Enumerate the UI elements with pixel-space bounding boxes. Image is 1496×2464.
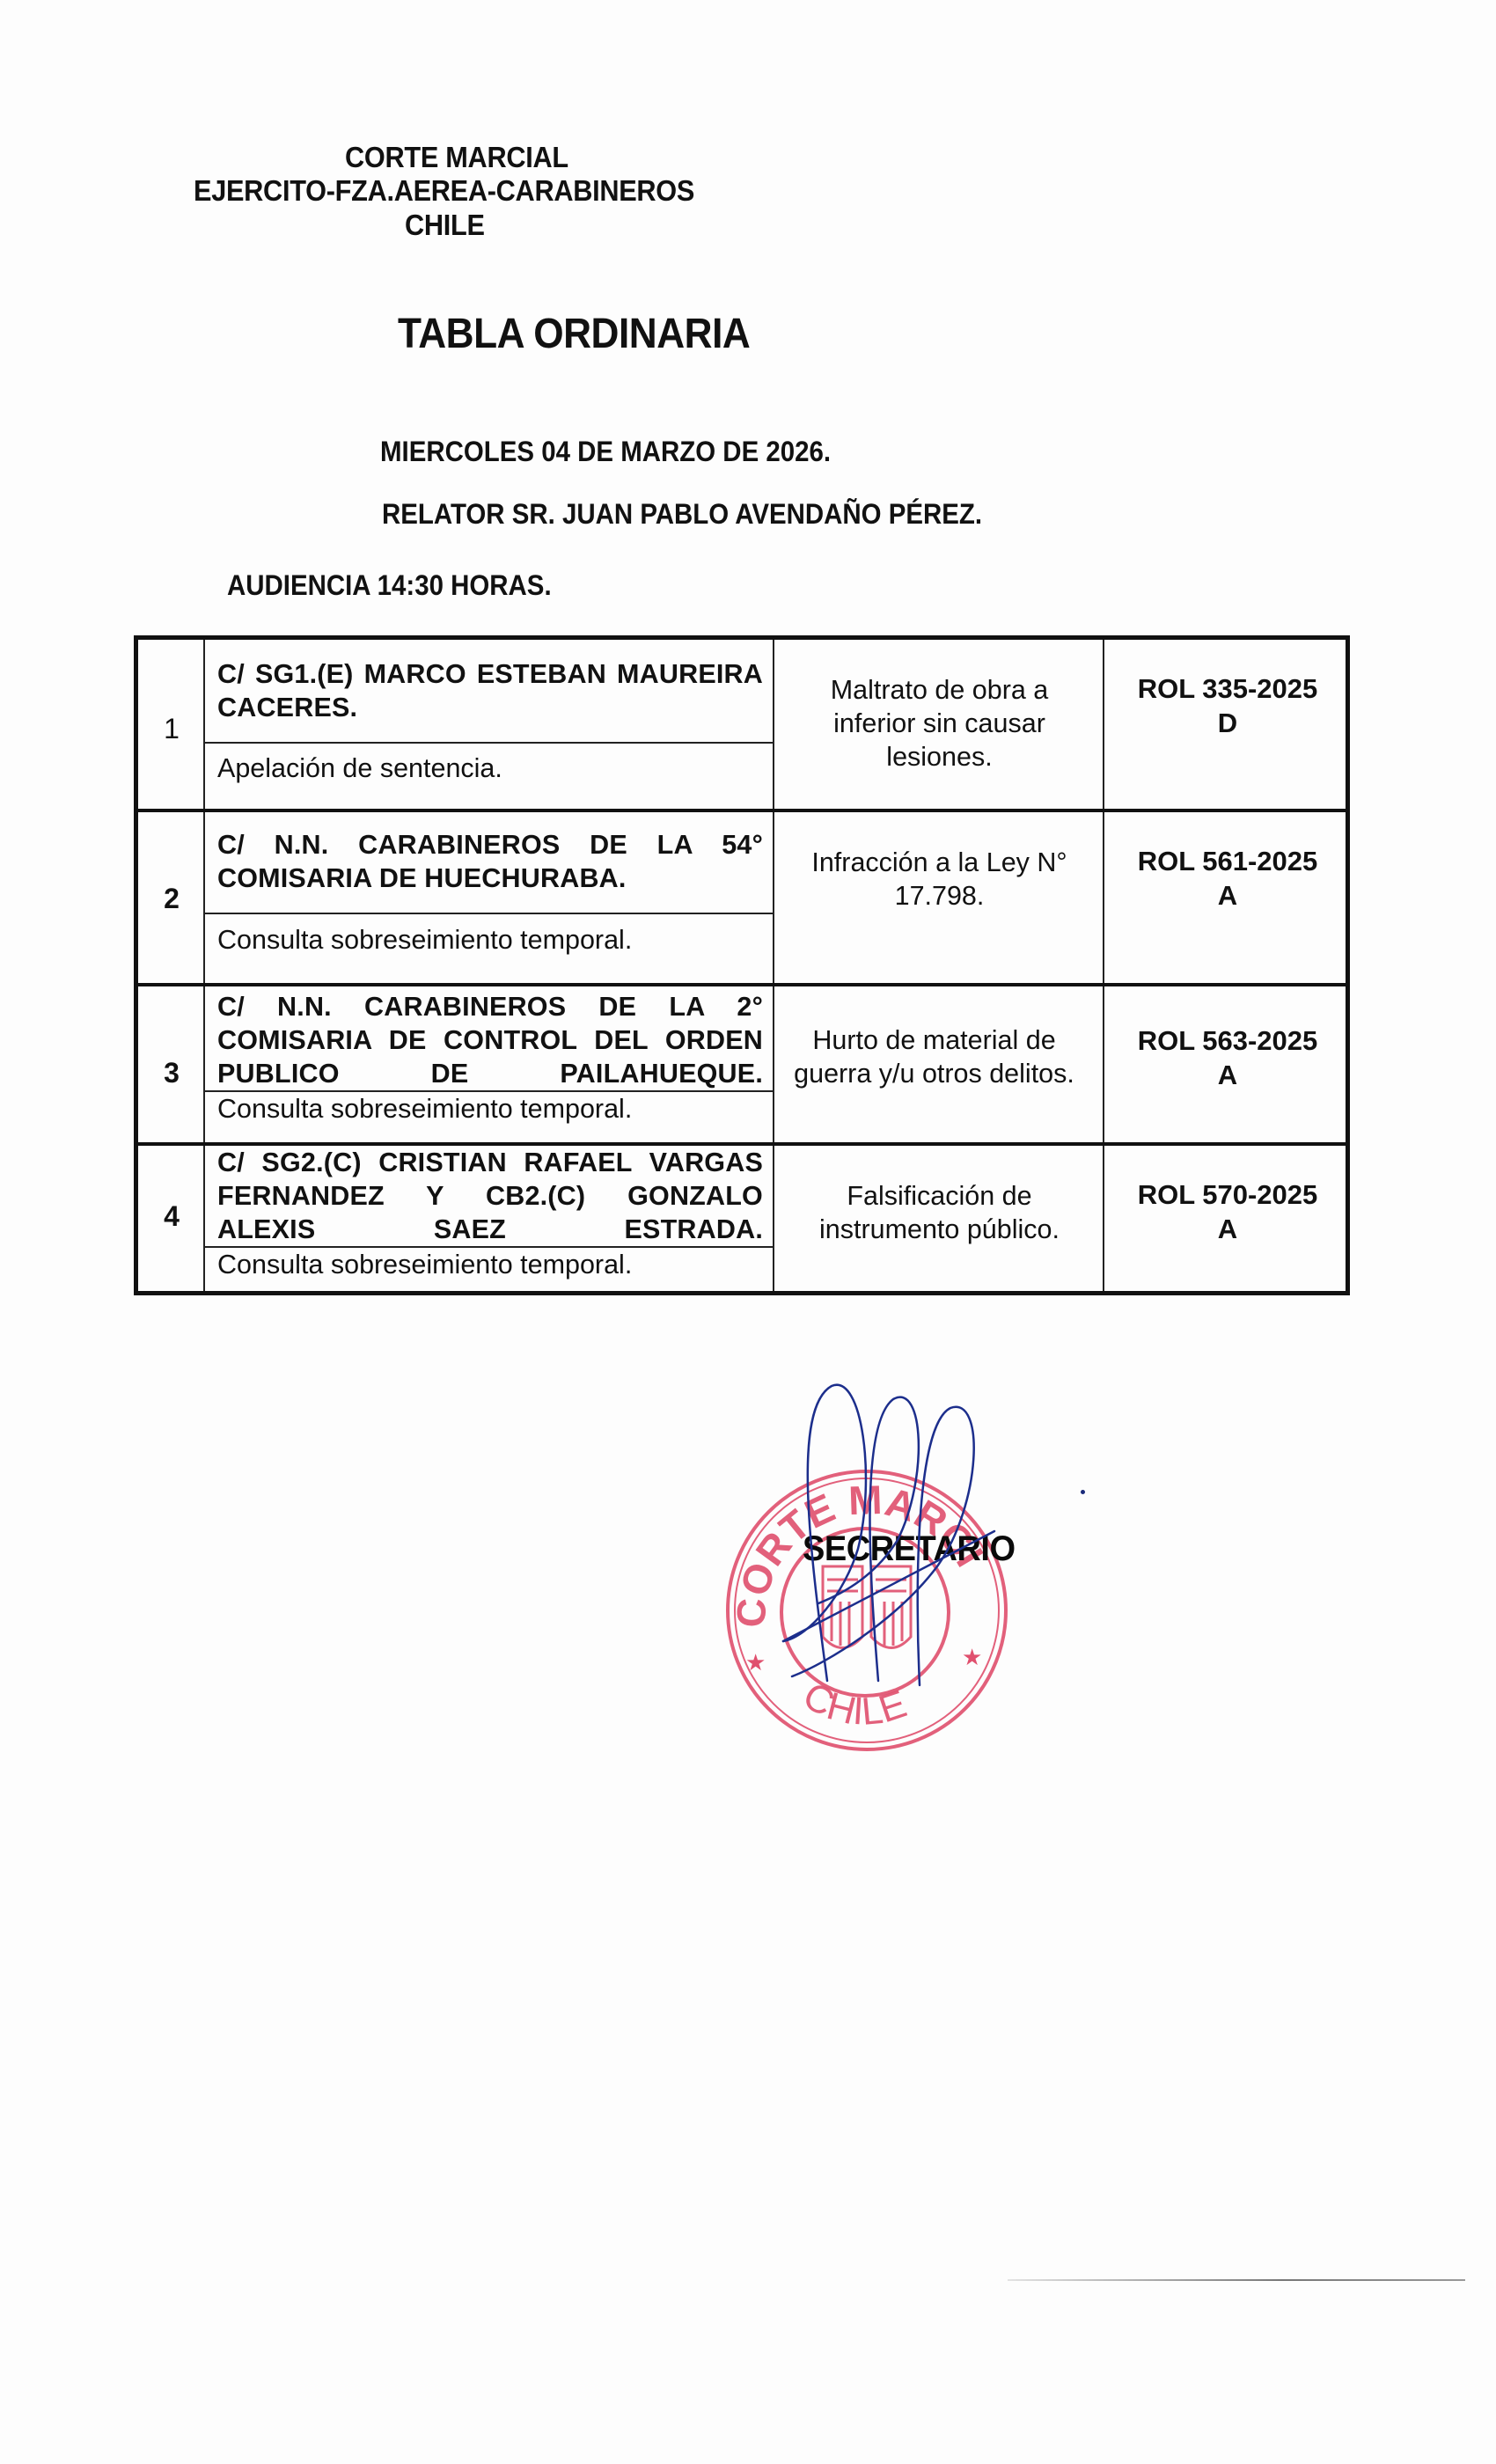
charge-line: 17.798. [774,879,1104,913]
footer-divider [1008,2279,1465,2281]
case-rol: ROL 561-2025 A [1104,844,1351,913]
table-row: 4 C/ SG2.(C) CRISTIAN RAFAEL VARGAS FERN… [138,1146,1346,1295]
case-number: 2 [138,883,205,915]
institution-branches: EJERCITO-FZA.AEREA-CARABINEROS [194,174,694,208]
case-party-text: C/ N.N. CARABINEROS DE LA 2° COMISARIA D… [217,992,763,1089]
case-party: C/ SG1.(E) MARCO ESTEBAN MAUREIRA CACERE… [217,657,763,724]
case-rol: ROL 563-2025 A [1104,1023,1351,1092]
table-row: 2 C/ N.N. CARABINEROS DE LA 54° COMISARI… [138,812,1346,986]
row-subdivider [205,1090,774,1092]
rol-letter: A [1104,1058,1351,1092]
rol-number: ROL 563-2025 [1104,1023,1351,1058]
rol-letter: A [1104,1212,1351,1246]
rol-number: ROL 335-2025 [1104,671,1351,706]
case-party: C/ N.N. CARABINEROS DE LA 54° COMISARIA … [217,828,763,895]
case-rol: ROL 335-2025 D [1104,671,1351,740]
charge-line: Infracción a la Ley N° [774,846,1104,879]
rol-letter: D [1104,706,1351,740]
charge-line: inferior sin causar [774,707,1104,740]
rol-number: ROL 561-2025 [1104,844,1351,878]
relator-name: RELATOR SR. JUAN PABLO AVENDAÑO PÉREZ. [382,498,982,531]
rol-letter: A [1104,878,1351,913]
row-subdivider [205,1246,774,1248]
institution-name: CORTE MARCIAL [345,141,568,174]
case-number: 3 [138,1057,205,1089]
case-procedure: Apelación de sentencia. [217,753,502,784]
charge-line: Falsificación de [774,1179,1104,1213]
charge-line: Maltrato de obra a [774,673,1104,707]
hearing-date: MIERCOLES 04 DE MARZO DE 2026. [380,436,831,468]
charge-line: Hurto de material de [769,1023,1099,1057]
case-charge: Falsificación de instrumento público. [774,1179,1104,1246]
star-icon: ★ [745,1649,766,1676]
case-rol: ROL 570-2025 A [1104,1177,1351,1246]
case-procedure: Consulta sobreseimiento temporal. [217,1250,632,1280]
row-subdivider [205,742,774,744]
row-subdivider [205,913,774,914]
rol-number: ROL 570-2025 [1104,1177,1351,1212]
case-procedure: Consulta sobreseimiento temporal. [217,925,632,956]
case-number: 1 [138,713,205,745]
case-number: 4 [138,1200,205,1233]
signature-icon [774,1373,1038,1707]
case-party-text: C/ N.N. CARABINEROS DE LA 54° COMISARIA … [217,830,763,893]
case-procedure: Consulta sobreseimiento temporal. [217,1094,632,1125]
charge-line: lesiones. [774,740,1104,774]
case-party-text: C/ SG2.(C) CRISTIAN RAFAEL VARGAS FERNAN… [217,1148,763,1244]
institution-country: CHILE [405,209,485,242]
document-title: TABLA ORDINARIA [398,310,750,358]
charge-line: guerra y/u otros delitos. [769,1057,1099,1090]
table-row: 1 C/ SG1.(E) MARCO ESTEBAN MAUREIRA CACE… [138,640,1346,811]
case-party-text: C/ SG1.(E) MARCO ESTEBAN MAUREIRA CACERE… [217,659,763,722]
charge-line: instrumento público. [774,1213,1104,1246]
case-charge: Hurto de material de guerra y/u otros de… [769,1023,1099,1090]
hearing-time: AUDIENCIA 14:30 HORAS. [227,569,552,602]
table-row: 3 C/ N.N. CARABINEROS DE LA 2° COMISARIA… [138,986,1346,1145]
case-party: C/ SG2.(C) CRISTIAN RAFAEL VARGAS FERNAN… [217,1146,763,1246]
ink-dot [1081,1490,1085,1494]
case-table: 1 C/ SG1.(E) MARCO ESTEBAN MAUREIRA CACE… [134,635,1350,1295]
case-charge: Infracción a la Ley N° 17.798. [774,846,1104,913]
case-party: C/ N.N. CARABINEROS DE LA 2° COMISARIA D… [217,990,763,1090]
case-charge: Maltrato de obra a inferior sin causar l… [774,673,1104,774]
